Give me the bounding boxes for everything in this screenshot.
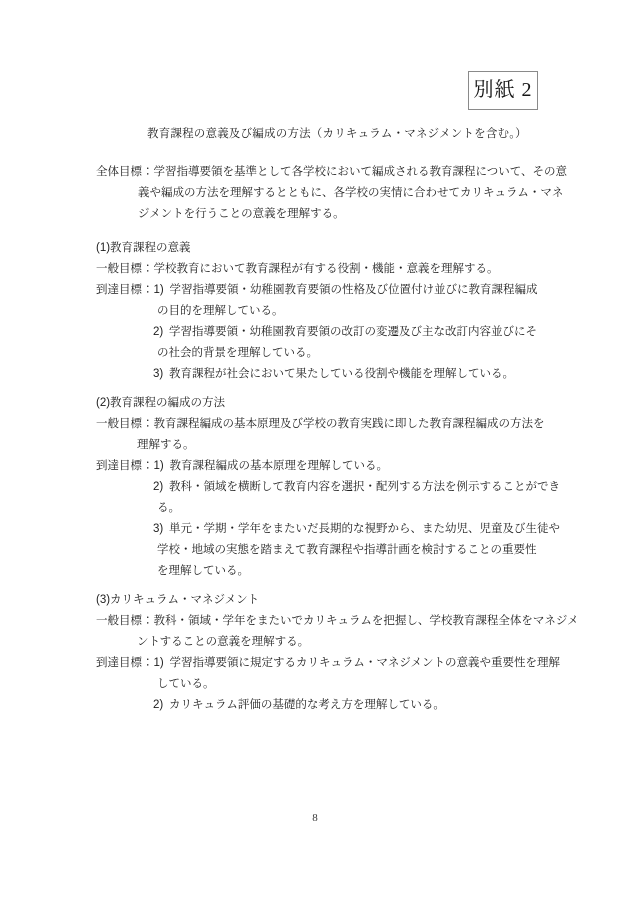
overall-goal-row: 全体目標： 学習指導要領を基準として各学校において編成される教育課程について、そ…: [96, 162, 566, 183]
overall-goal-line: ジメントを行うことの意義を理解する。: [96, 204, 566, 225]
overall-goal-block: 全体目標： 学習指導要領を基準として各学校において編成される教育課程について、そ…: [96, 162, 566, 225]
general-goal-row: 一般目標： 教科・領域・学年をまたいでカリキュラムを把握し、学校教育課程全体をマ…: [96, 611, 566, 632]
general-goal-line: 教育課程編成の基本原理及び学校の教育実践に即した教育課程編成の方法を: [154, 414, 567, 435]
item-number: 1): [154, 653, 170, 674]
attainment-item-row: 2) 教科・領域を横断して教育内容を選択・配列する方法を例示することができ: [96, 477, 566, 498]
overall-goal-label: 全体目標：: [96, 162, 154, 183]
attachment-label: 別紙 2: [474, 80, 533, 101]
attainment-item-line: 教科・領域を横断して教育内容を選択・配列する方法を例示することができ: [169, 477, 566, 498]
general-goal-label: 一般目標：: [96, 611, 154, 632]
item-number: 2): [153, 695, 169, 716]
section-1: (1)教育課程の意義 一般目標： 学校教育において教育課程が有する役割・機能・意…: [96, 238, 566, 385]
document-title: 教育課程の意義及び編成の方法（カリキュラム・マネジメントを含む。）: [147, 124, 566, 145]
attainment-goal-label: 到達目標：: [96, 280, 154, 301]
item-number: 3): [153, 364, 169, 385]
item-number: 2): [153, 322, 169, 343]
attainment-item-line: 学習指導要領・幼稚園教育要領の改訂の変遷及び主な改訂内容並びにそ: [169, 322, 566, 343]
item-number: 2): [153, 477, 169, 498]
overall-goal-line: 義や編成の方法を理解するとともに、各学校の実情に合わせてカリキュラム・マネ: [96, 183, 566, 204]
general-goal-row: 一般目標： 教育課程編成の基本原理及び学校の教育実践に即した教育課程編成の方法を: [96, 414, 566, 435]
section-2: (2)教育課程の編成の方法 一般目標： 教育課程編成の基本原理及び学校の教育実践…: [96, 393, 566, 582]
general-goal-row: 一般目標： 学校教育において教育課程が有する役割・機能・意義を理解する。: [96, 259, 566, 280]
attainment-item-line: 教育課程編成の基本原理を理解している。: [170, 456, 567, 477]
attainment-item-row: 3) 単元・学期・学年をまたいだ長期的な視野から、また幼児、児童及び生徒や: [96, 519, 566, 540]
general-goal-line: 学校教育において教育課程が有する役割・機能・意義を理解する。: [154, 259, 567, 280]
attainment-item-line: 学校・地域の実態を踏まえて教育課程や指導計画を検討することの重要性: [96, 540, 566, 561]
attainment-item-row: 2) 学習指導要領・幼稚園教育要領の改訂の変遷及び主な改訂内容並びにそ: [96, 322, 566, 343]
attainment-item-row: 3) 教育課程が社会において果たしている役割や機能を理解している。: [96, 364, 566, 385]
item-number: 1): [154, 456, 170, 477]
attainment-item-row: 2) カリキュラム評価の基礎的な考え方を理解している。: [96, 695, 566, 716]
attainment-item-line: の社会的背景を理解している。: [96, 343, 566, 364]
section-heading: (3)カリキュラム・マネジメント: [96, 590, 566, 611]
attainment-goal-row: 到達目標： 1) 学習指導要領に規定するカリキュラム・マネジメントの意義や重要性…: [96, 653, 566, 674]
item-number: 1): [154, 280, 170, 301]
document-page: 別紙 2 教育課程の意義及び編成の方法（カリキュラム・マネジメントを含む。） 全…: [0, 0, 630, 903]
attainment-item-line: る。: [96, 498, 566, 519]
page-number: 8: [0, 808, 630, 829]
item-number: 3): [153, 519, 169, 540]
general-goal-line: ントすることの意義を理解する。: [96, 632, 566, 653]
general-goal-label: 一般目標：: [96, 414, 154, 435]
attainment-item-line: カリキュラム評価の基礎的な考え方を理解している。: [169, 695, 566, 716]
attainment-goal-label: 到達目標：: [96, 456, 154, 477]
general-goal-label: 一般目標：: [96, 259, 154, 280]
section-heading: (2)教育課程の編成の方法: [96, 393, 566, 414]
attainment-item-line: 単元・学期・学年をまたいだ長期的な視野から、また幼児、児童及び生徒や: [169, 519, 566, 540]
attainment-item-line: 学習指導要領に規定するカリキュラム・マネジメントの意義や重要性を理解: [170, 653, 567, 674]
attainment-item-line: 教育課程が社会において果たしている役割や機能を理解している。: [169, 364, 566, 385]
overall-goal-line: 学習指導要領を基準として各学校において編成される教育課程について、その意: [154, 162, 568, 183]
attainment-goal-row: 到達目標： 1) 学習指導要領・幼稚園教育要領の性格及び位置付け並びに教育課程編…: [96, 280, 566, 301]
general-goal-line: 理解する。: [96, 435, 566, 456]
section-3: (3)カリキュラム・マネジメント 一般目標： 教科・領域・学年をまたいでカリキュ…: [96, 590, 566, 716]
attainment-item-line: の目的を理解している。: [96, 301, 566, 322]
attainment-item-line: を理解している。: [96, 561, 566, 582]
attainment-item-line: している。: [96, 674, 566, 695]
attainment-goal-row: 到達目標： 1) 教育課程編成の基本原理を理解している。: [96, 456, 566, 477]
attainment-item-line: 学習指導要領・幼稚園教育要領の性格及び位置付け並びに教育課程編成: [170, 280, 567, 301]
attainment-goal-label: 到達目標：: [96, 653, 154, 674]
general-goal-line: 教科・領域・学年をまたいでカリキュラムを把握し、学校教育課程全体をマネジメ: [154, 611, 579, 632]
document-body: 教育課程の意義及び編成の方法（カリキュラム・マネジメントを含む。） 全体目標： …: [96, 124, 566, 716]
attachment-label-box: 別紙 2: [468, 71, 538, 110]
section-heading: (1)教育課程の意義: [96, 238, 566, 259]
